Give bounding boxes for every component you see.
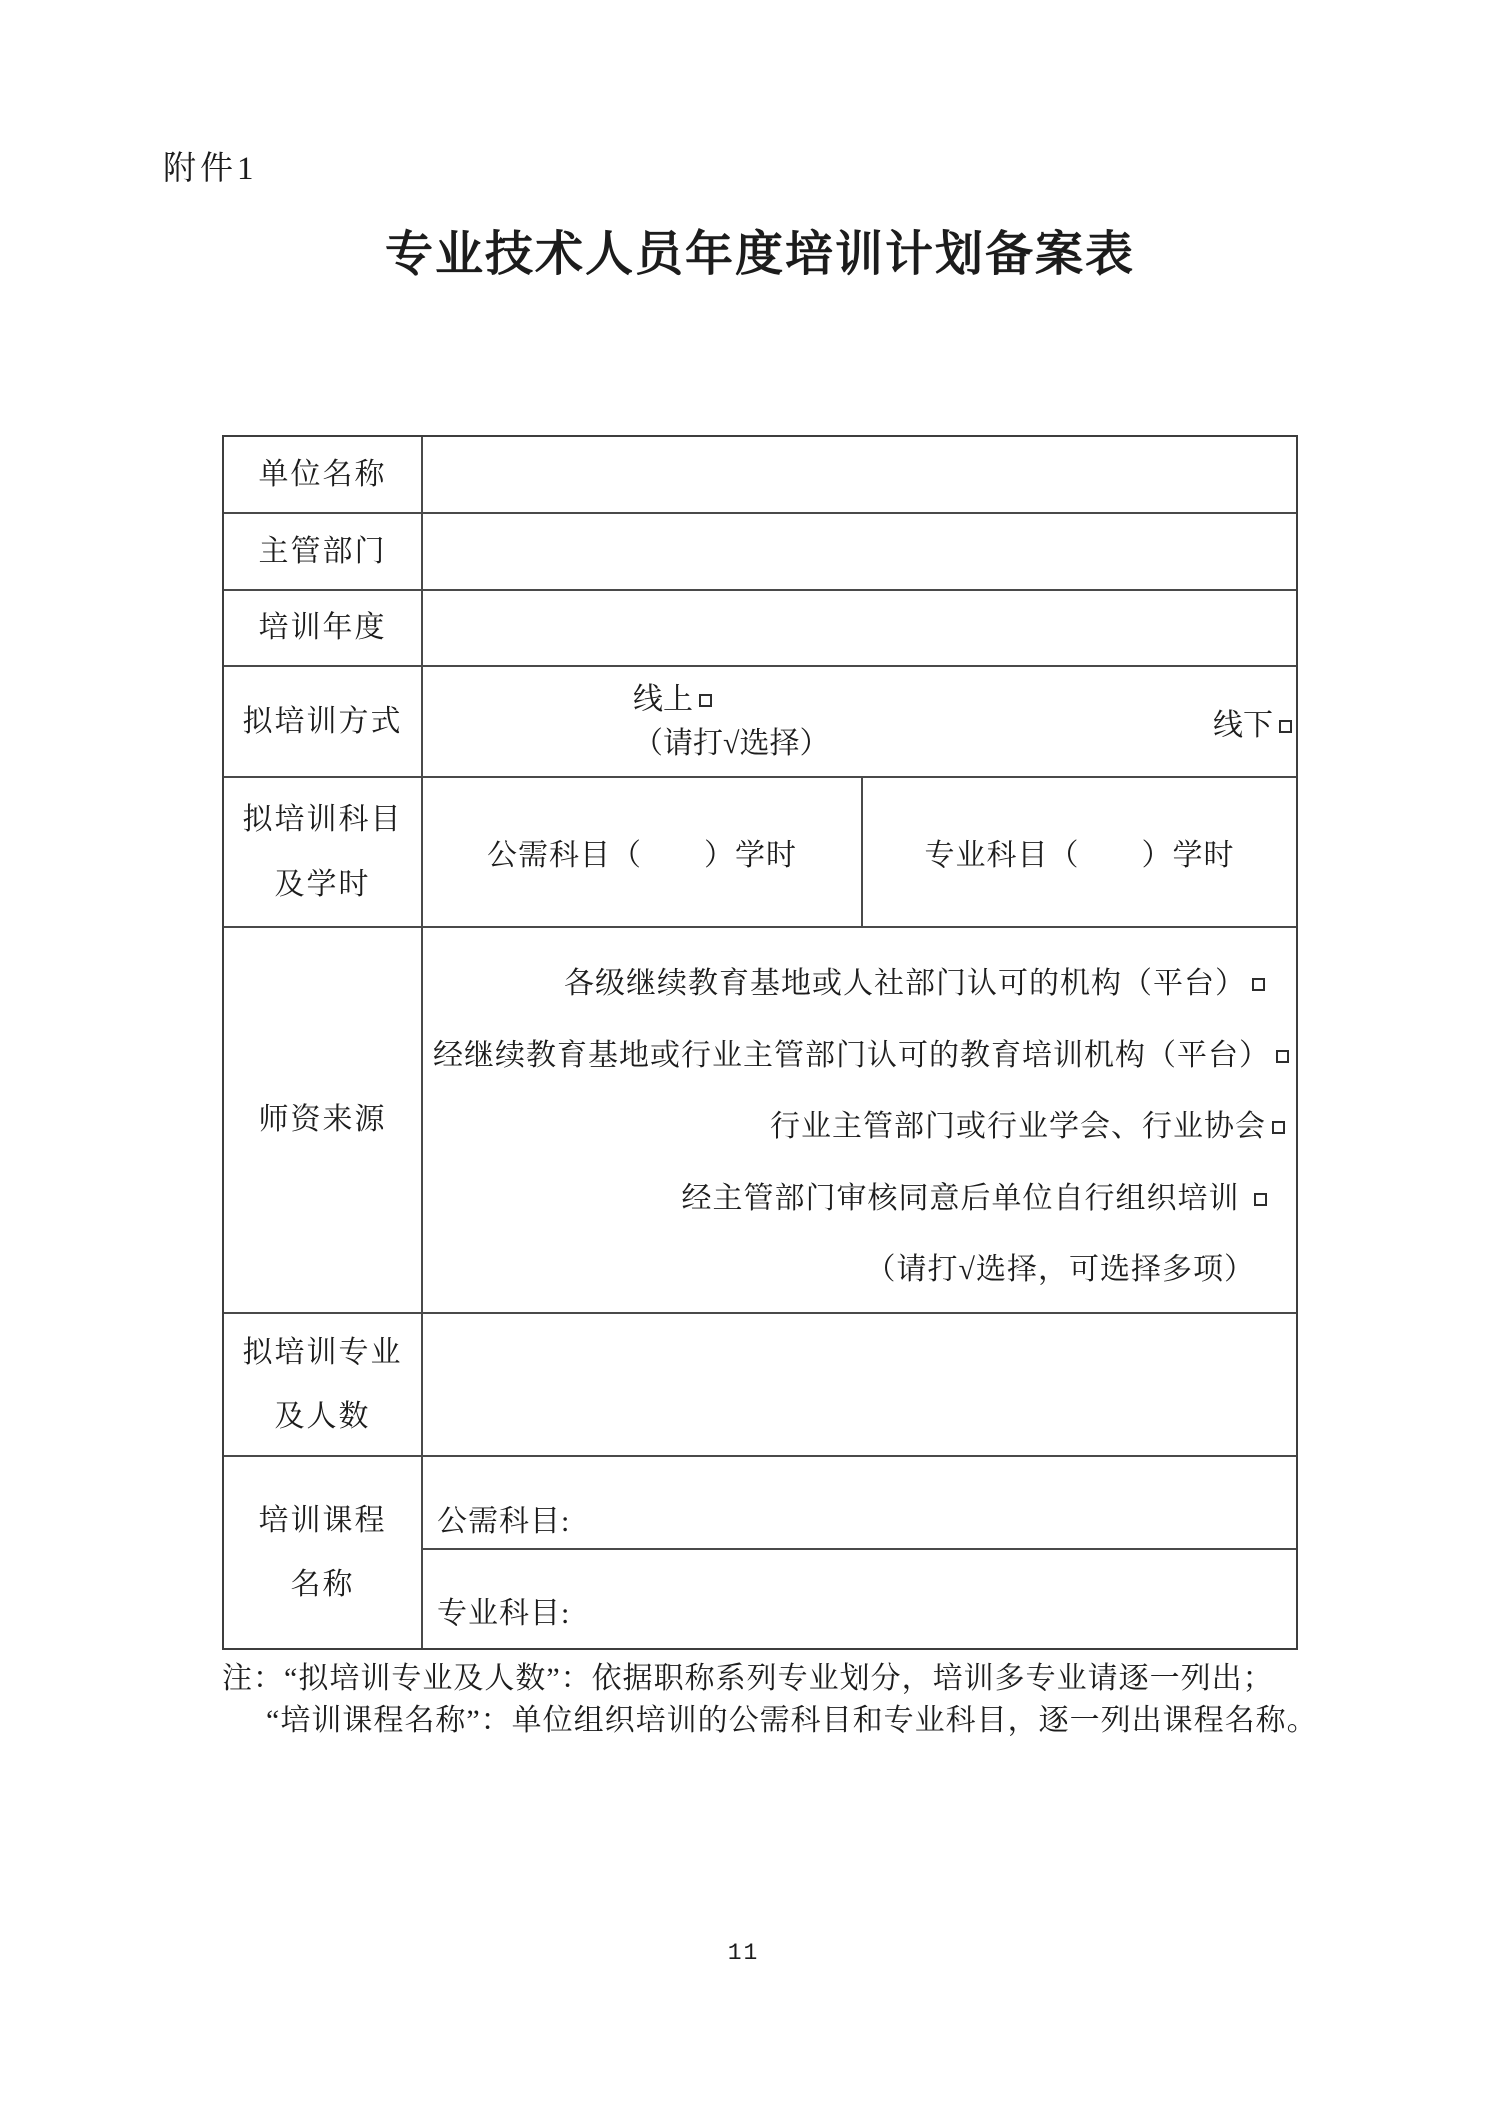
teacher-source-option-3: 行业主管部门或行业学会、行业协会 <box>770 1101 1285 1145</box>
table-row-training-majors: 拟培训专业 及人数 <box>224 1314 1296 1457</box>
option-2-checkbox[interactable] <box>1276 1050 1289 1063</box>
option-2-text: 经继续教育基地或行业主管部门认可的教育培训机构（平台） <box>433 1039 1270 1072</box>
note-line-2: “培训课程名称”：单位组织培训的公需科目和专业科目，逐一列出课程名称。 <box>222 1700 1332 1742</box>
offline-option: 线下 <box>1213 700 1296 744</box>
professional-subject-course-field[interactable]: 专业科目: <box>423 1550 1296 1648</box>
method-hint: （请打√选择） <box>633 722 829 766</box>
teacher-source-option-2: 经继续教育基地或行业主管部门认可的教育培训机构（平台） <box>433 1030 1289 1074</box>
course-names-label-line2: 名称 <box>291 1566 355 1604</box>
page-number: 11 <box>0 1940 1487 1966</box>
training-subjects-label-line1: 拟培训科目 <box>243 801 403 839</box>
table-row-course-names: 培训课程 名称 公需科目: 专业科目: <box>224 1457 1296 1648</box>
document-page: 附件1 专业技术人员年度培训计划备案表 单位名称 主管部门 培训年度 拟培训方式… <box>0 0 1487 2102</box>
page-title: 专业技术人员年度培训计划备案表 <box>222 215 1298 284</box>
training-majors-label-line1: 拟培训专业 <box>243 1334 403 1372</box>
unit-name-field[interactable] <box>423 437 1296 512</box>
professional-subject-hours-cell[interactable]: 专业科目（ ）学时 <box>863 778 1296 926</box>
teacher-source-option-1: 各级继续教育基地或人社部门认可的机构（平台） <box>564 958 1265 1002</box>
course-names-field: 公需科目: 专业科目: <box>423 1457 1296 1648</box>
table-row-training-subjects: 拟培训科目 及学时 公需科目（ ）学时 专业科目（ ）学时 <box>224 778 1296 928</box>
option-3-text: 行业主管部门或行业学会、行业协会 <box>770 1110 1266 1143</box>
attachment-label: 附件1 <box>163 142 258 189</box>
online-option: 线上 <box>633 678 712 722</box>
option-1-text: 各级继续教育基地或人社部门认可的机构（平台） <box>564 967 1246 1000</box>
form-notes: 注：“拟培训专业及人数”：依据职称系列专业划分，培训多专业请逐一列出； “培训课… <box>222 1658 1332 1742</box>
training-method-label: 拟培训方式 <box>224 667 423 776</box>
public-subject-hours-cell[interactable]: 公需科目（ ）学时 <box>423 778 863 926</box>
option-4-checkbox[interactable] <box>1254 1193 1267 1206</box>
option-4-text: 经主管部门审核同意后单位自行组织培训 <box>682 1182 1249 1215</box>
note-line-1: 注：“拟培训专业及人数”：依据职称系列专业划分，培训多专业请逐一列出； <box>222 1658 1332 1700</box>
teacher-source-label: 师资来源 <box>224 928 423 1312</box>
training-majors-label: 拟培训专业 及人数 <box>224 1314 423 1455</box>
course-names-label: 培训课程 名称 <box>224 1457 423 1648</box>
training-method-field: 线上 （请打√选择） 线下 <box>423 667 1296 776</box>
online-option-label: 线上 <box>633 683 693 716</box>
table-row-unit-name: 单位名称 <box>224 437 1296 514</box>
training-majors-field[interactable] <box>423 1314 1296 1455</box>
public-subject-prefix: 公需科目: <box>437 1496 570 1540</box>
course-names-label-line1: 培训课程 <box>259 1502 387 1540</box>
option-1-checkbox[interactable] <box>1252 978 1265 991</box>
option-3-checkbox[interactable] <box>1272 1121 1285 1134</box>
training-year-field[interactable] <box>423 591 1296 665</box>
unit-name-label: 单位名称 <box>224 437 423 512</box>
public-subject-course-field[interactable]: 公需科目: <box>423 1457 1296 1550</box>
teacher-source-option-4: 经主管部门审核同意后单位自行组织培训 <box>682 1173 1268 1217</box>
training-subjects-label: 拟培训科目 及学时 <box>224 778 423 926</box>
training-subjects-field: 公需科目（ ）学时 专业科目（ ）学时 <box>423 778 1296 926</box>
professional-subject-prefix: 专业科目: <box>437 1588 570 1632</box>
offline-option-label: 线下 <box>1213 709 1273 742</box>
training-year-label: 培训年度 <box>224 591 423 665</box>
offline-checkbox[interactable] <box>1279 720 1292 733</box>
training-subjects-label-line2: 及学时 <box>275 866 371 904</box>
supervisor-dept-label: 主管部门 <box>224 514 423 589</box>
online-option-block: 线上 （请打√选择） <box>633 678 829 765</box>
training-plan-form-table: 单位名称 主管部门 培训年度 拟培训方式 线上 （请打√选择） 线下 拟培训科目 <box>222 435 1298 1650</box>
table-row-teacher-source: 师资来源 各级继续教育基地或人社部门认可的机构（平台） 经继续教育基地或行业主管… <box>224 928 1296 1314</box>
online-checkbox[interactable] <box>699 694 712 707</box>
table-row-supervisor-dept: 主管部门 <box>224 514 1296 591</box>
teacher-source-field: 各级继续教育基地或人社部门认可的机构（平台） 经继续教育基地或行业主管部门认可的… <box>423 928 1305 1312</box>
training-majors-label-line2: 及人数 <box>275 1398 371 1436</box>
teacher-source-hint: （请打√选择，可选择多项） <box>866 1244 1255 1288</box>
table-row-training-year: 培训年度 <box>224 591 1296 667</box>
table-row-training-method: 拟培训方式 线上 （请打√选择） 线下 <box>224 667 1296 778</box>
supervisor-dept-field[interactable] <box>423 514 1296 589</box>
